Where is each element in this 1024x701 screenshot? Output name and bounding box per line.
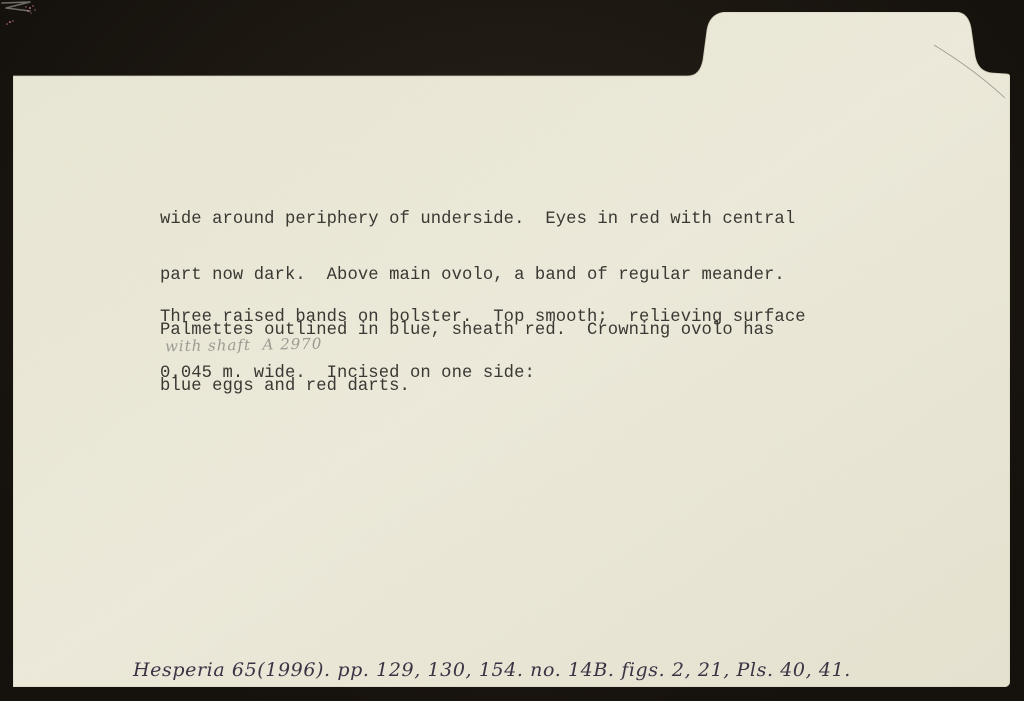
- red-ink-stain: [0, 0, 50, 30]
- typed-line: Three raised bands on bolster. Top smoot…: [160, 309, 806, 328]
- index-card: wide around periphery of underside. Eyes…: [0, 0, 1024, 701]
- typed-line: wide around periphery of underside. Eyes…: [160, 211, 795, 230]
- pencil-note: with shaft A 2970: [165, 335, 323, 356]
- typed-line: 0.045 m. wide. Incised on one side:: [160, 365, 806, 384]
- handwritten-citation: Hesperia 65(1996). pp. 129, 130, 154. no…: [133, 659, 851, 681]
